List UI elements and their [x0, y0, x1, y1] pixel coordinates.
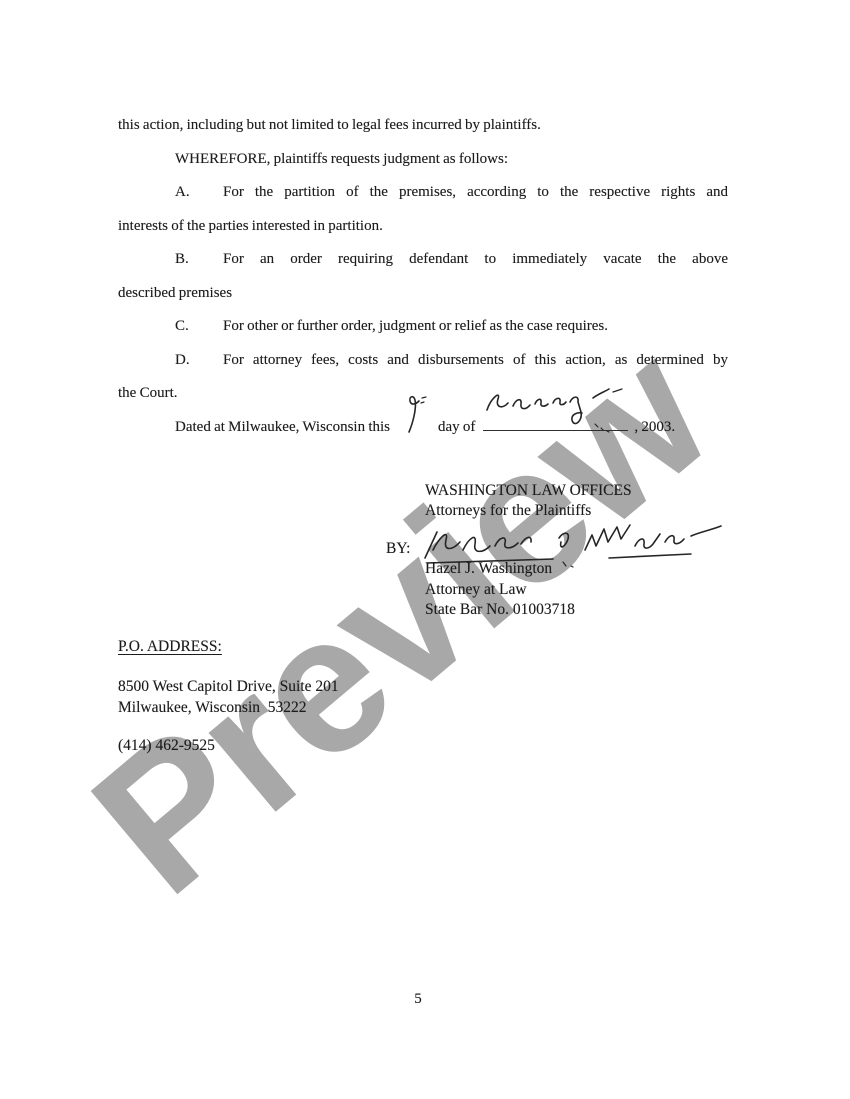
item-b-text: For an order requiring defendant to imme… [223, 251, 728, 267]
date-suffix: , 2003. [634, 419, 675, 435]
po-address-phone: (414) 462-9525 [118, 736, 215, 755]
item-a-line2: interests of the parties interested in p… [118, 210, 728, 244]
po-address-city: Milwaukee, Wisconsin 53222 [118, 698, 307, 717]
wherefore-clause: WHEREFORE, plaintiffs requests judgment … [118, 143, 728, 177]
attorney-title: Attorney at Law [425, 580, 527, 599]
item-c-letter: C. [175, 310, 223, 344]
item-a-line1: A.For the partition of the premises, acc… [118, 176, 728, 210]
item-d-text: For attorney fees, costs and disbursemen… [223, 352, 728, 368]
item-c-text: For other or further order, judgment or … [223, 318, 608, 334]
document-content: this action, including but not limited t… [0, 0, 850, 1099]
item-b-letter: B. [175, 243, 223, 277]
body-text: this action, including but not limited t… [118, 109, 728, 444]
handwritten-day-ink [402, 416, 428, 434]
paragraph-continuation: this action, including but not limited t… [118, 109, 728, 143]
date-line: Dated at Milwaukee, Wisconsin this day o… [118, 411, 728, 445]
document-page: Preview this action, including but not l… [0, 0, 850, 1099]
item-d-line2: the Court. [118, 377, 728, 411]
firm-name: WASHINGTON LAW OFFICES [425, 481, 632, 500]
page-number: 5 [0, 991, 836, 1008]
date-prefix: Dated at Milwaukee, Wisconsin this [175, 419, 390, 435]
item-b-line1: B.For an order requiring defendant to im… [118, 243, 728, 277]
item-a-letter: A. [175, 176, 223, 210]
item-a-text: For the partition of the premises, accor… [223, 184, 728, 200]
item-d-line1: D.For attorney fees, costs and disbursem… [118, 344, 728, 378]
date-month-blank-line [483, 414, 628, 431]
po-address-heading: P.O. ADDRESS: [118, 637, 222, 656]
handwritten-month-ink [477, 384, 635, 440]
item-c-line1: C.For other or further order, judgment o… [118, 310, 728, 344]
item-d-letter: D. [175, 344, 223, 378]
by-label: BY: [386, 539, 410, 558]
attorney-bar-number: State Bar No. 01003718 [425, 600, 575, 619]
attorney-name: Hazel J. Washington [425, 559, 552, 578]
item-b-line2: described premises [118, 277, 728, 311]
po-address-street: 8500 West Capitol Drive, Suite 201 [118, 677, 339, 696]
date-middle: day of [438, 419, 475, 435]
